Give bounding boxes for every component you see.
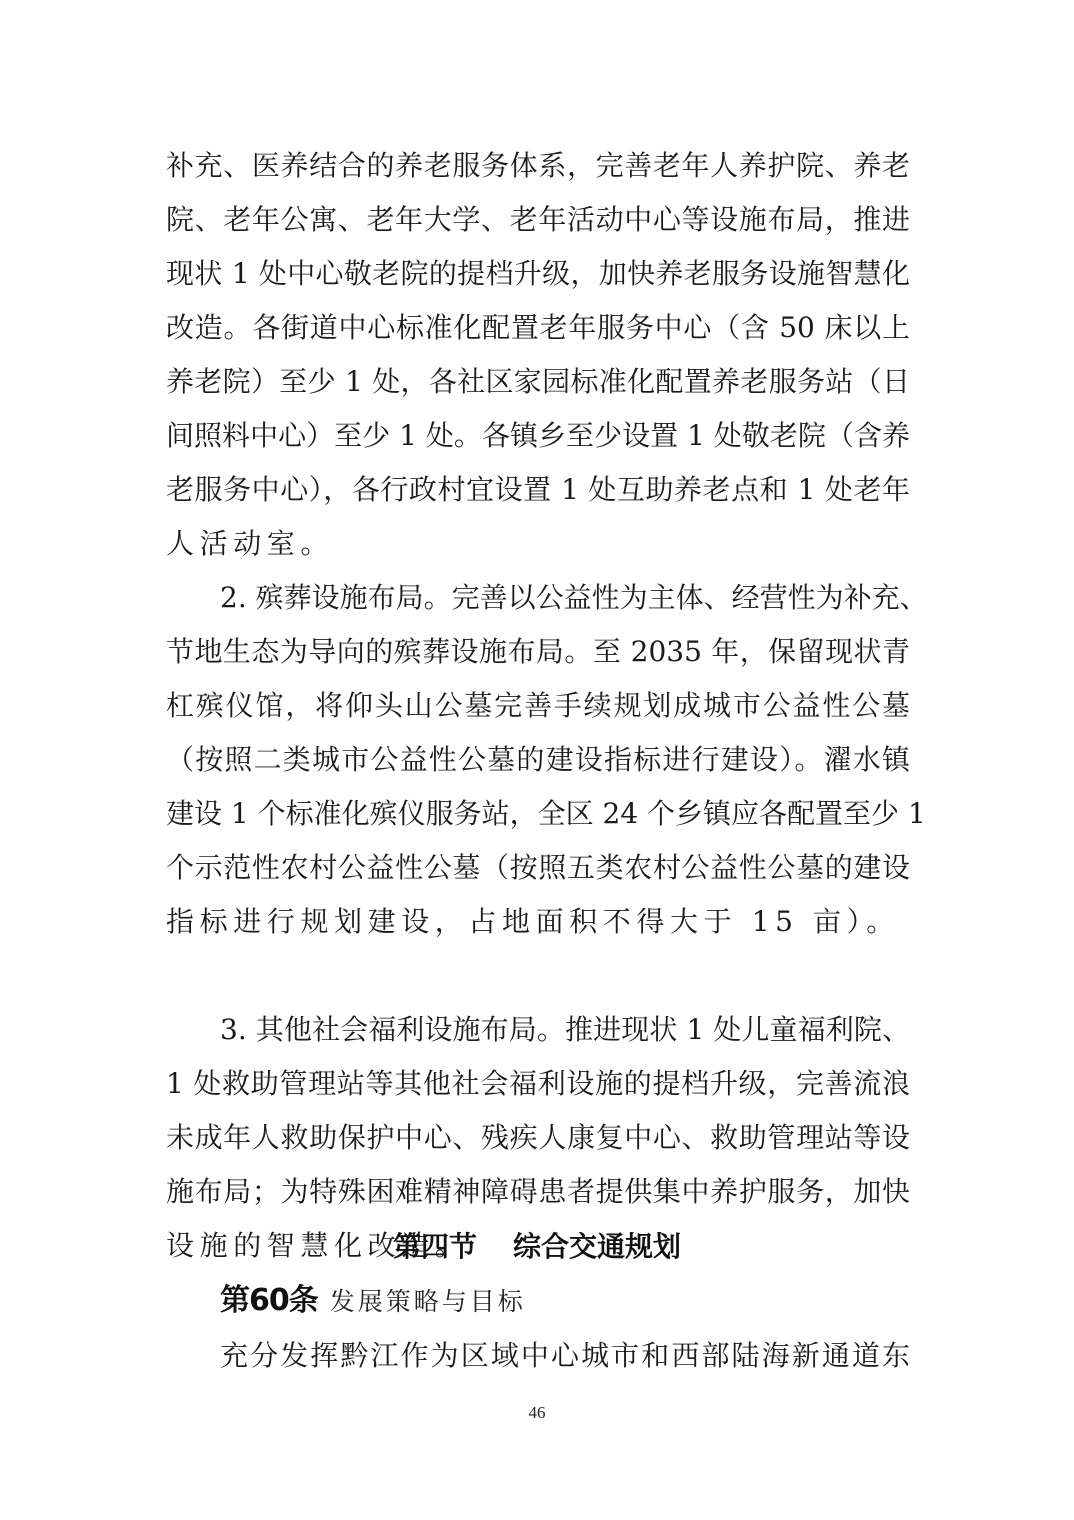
paragraph-line: 养老院）至少 1 处，各社区家园标准化配置养老服务站（日 <box>166 355 910 409</box>
paragraph-line: （按照二类城市公益性公墓的建设指标进行建设）。濯水镇 <box>166 733 910 787</box>
paragraph-line: 改造。各街道中心标准化配置老年服务中心（含 50 床以上 <box>166 301 910 355</box>
section-title: 综合交通规划 <box>513 1230 681 1263</box>
document-page: 补充、医养结合的养老服务体系，完善老年人养护院、养老 院、老年公寓、老年大学、老… <box>0 0 1074 1520</box>
paragraph-line: 指标进行规划建设，占地面积不得大于 15 亩）。 <box>166 895 910 949</box>
section-heading: 第四节综合交通规划 <box>0 1222 1074 1272</box>
paragraph-line: 补充、医养结合的养老服务体系，完善老年人养护院、养老 <box>166 139 910 193</box>
paragraph-line: 现状 1 处中心敬老院的提档升级，加快养老服务设施智慧化 <box>166 247 910 301</box>
paragraph-line: 老服务中心），各行政村宜设置 1 处互助养老点和 1 处老年 <box>166 463 910 517</box>
paragraph-line: 间照料中心）至少 1 处。各镇乡至少设置 1 处敬老院（含养 <box>166 409 910 463</box>
paragraph-line: 3. 其他社会福利设施布局。推进现状 1 处儿童福利院、 <box>220 1003 910 1057</box>
article-title: 发展策略与目标 <box>330 1287 526 1316</box>
paragraph-line: 充分发挥黔江作为区域中心城市和西部陆海新通道东 <box>220 1329 910 1383</box>
article-number: 第60条 <box>220 1283 318 1318</box>
paragraph-line: 未成年人救助保护中心、残疾人康复中心、救助管理站等设 <box>166 1111 910 1165</box>
section-number: 第四节 <box>393 1230 477 1263</box>
paragraph-line: 建设 1 个标准化殡仪服务站，全区 24 个乡镇应各配置至少 1 <box>166 787 910 841</box>
paragraph-line: 院、老年公寓、老年大学、老年活动中心等设施布局，推进 <box>166 193 910 247</box>
paragraph-line: 施布局；为特殊困难精神障碍患者提供集中养护服务，加快 <box>166 1165 910 1219</box>
page-number: 46 <box>0 1400 1074 1426</box>
paragraph-line: 杠殡仪馆，将仰头山公墓完善手续规划成城市公益性公墓 <box>166 679 910 733</box>
paragraph-line: 2. 殡葬设施布局。完善以公益性为主体、经营性为补充、 <box>220 571 910 625</box>
article-heading: 第60条发展策略与目标 <box>220 1276 526 1326</box>
paragraph-line: 1 处救助管理站等其他社会福利设施的提档升级，完善流浪 <box>166 1057 910 1111</box>
paragraph-line: 节地生态为导向的殡葬设施布局。至 2035 年，保留现状青 <box>166 625 910 679</box>
paragraph-line: 个示范性农村公益性公墓（按照五类农村公益性公墓的建设 <box>166 841 910 895</box>
paragraph-line: 人活动室。 <box>166 517 910 571</box>
